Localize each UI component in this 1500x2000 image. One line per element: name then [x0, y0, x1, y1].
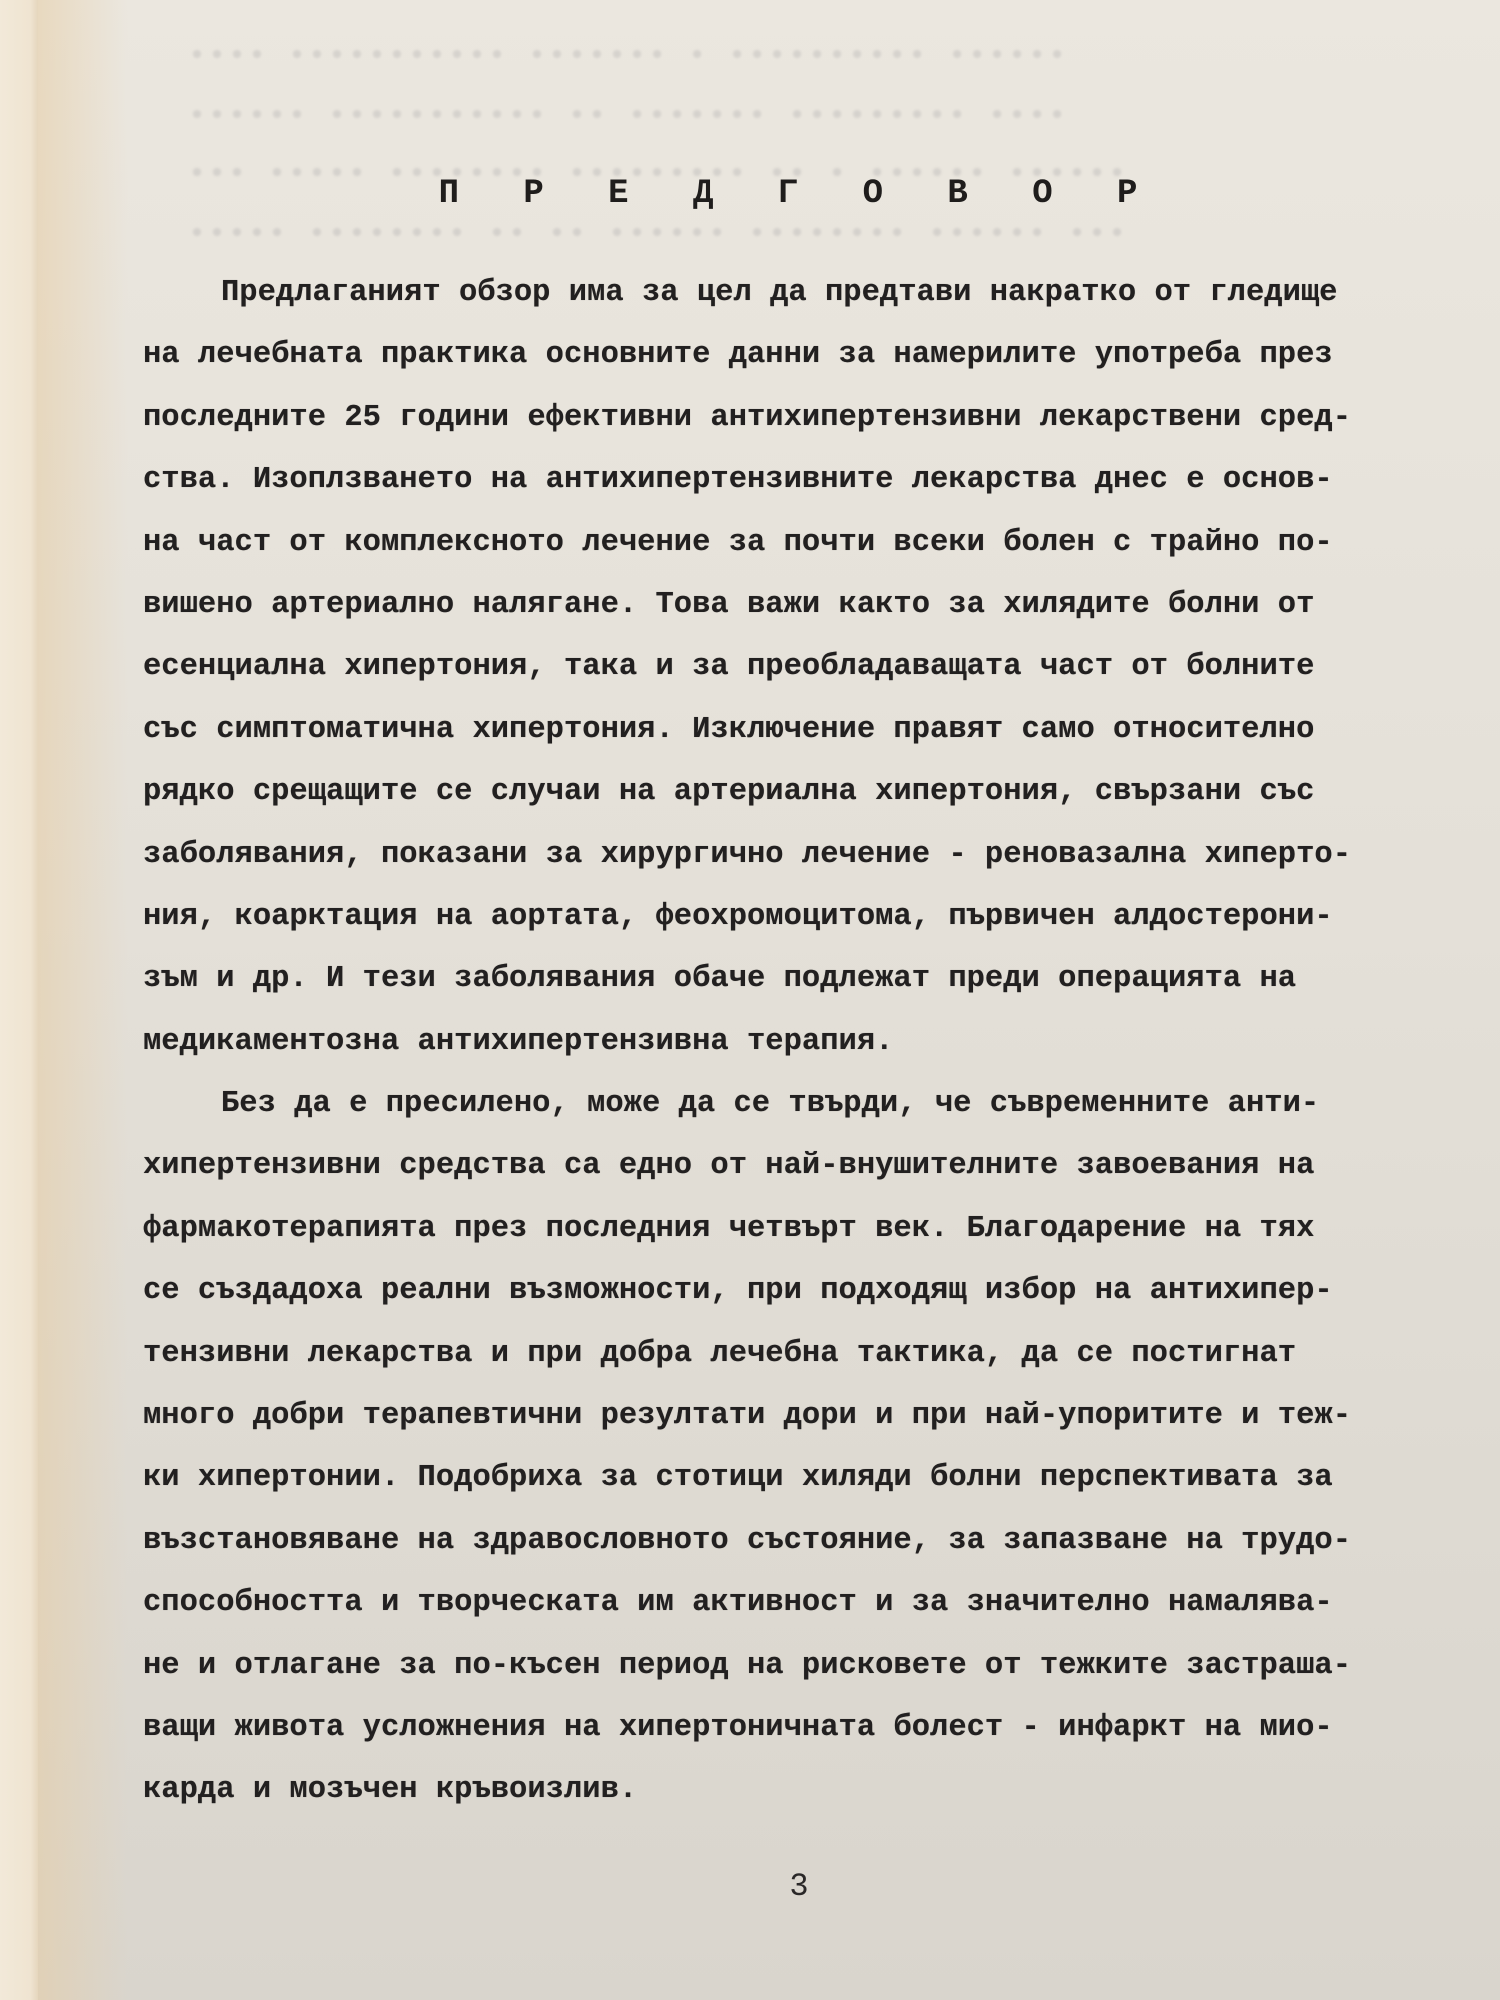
text-line: не и отлагане за по-късен период на риск… — [143, 1635, 1463, 1697]
text-line: последните 25 години ефективни антихипер… — [143, 387, 1463, 449]
bleed-through-text: •••• ••••••••••• ••••••• • •••••••••• ••… — [188, 40, 1438, 74]
text-line: способността и творческата им активност … — [143, 1572, 1463, 1634]
text-line: Без да е пресилено, може да се твърди, ч… — [143, 1073, 1463, 1135]
adjacent-page-edge — [0, 0, 39, 2000]
text-line: Предлаганият обзор има за цел да предтав… — [143, 262, 1463, 324]
text-line: тензивни лекарства и при добра лечебна т… — [143, 1323, 1463, 1385]
text-line: медикаментозна антихипертензивна терапия… — [143, 1011, 1463, 1073]
bleed-through-text: •••••• ••••••••••• •• ••••••• ••••••••• … — [188, 100, 1438, 134]
text-line: много добри терапевтични резултати дори … — [143, 1385, 1463, 1447]
text-line: възстановяване на здравословното състоян… — [143, 1510, 1463, 1572]
text-line: заболявания, показани за хирургично лече… — [143, 824, 1463, 886]
text-line: карда и мозъчен кръвоизлив. — [143, 1759, 1463, 1821]
text-line: ния, коарктация на аортата, феохромоцито… — [143, 886, 1463, 948]
text-line: рядко срещащите се случаи на артериална … — [143, 761, 1463, 823]
page-title: П Р Е Д Г О В О Р — [38, 175, 1500, 213]
text-line: се създадоха реални възможности, при под… — [143, 1260, 1463, 1322]
paragraph-1: Предлаганият обзор има за цел да предтав… — [143, 262, 1463, 1073]
bleed-through-text: ••••• •••••••• •• •• •••••• •••••••• •••… — [188, 218, 1438, 252]
text-line: със симптоматична хипертония. Изключение… — [143, 699, 1463, 761]
text-line: на лечебната практика основните данни за… — [143, 324, 1463, 386]
text-line: ства. Изоплзването на антихипертензивнит… — [143, 449, 1463, 511]
page-number: 3 — [38, 1868, 1500, 1905]
text-line: ващи живота усложнения на хипертоничната… — [143, 1697, 1463, 1759]
text-line: ки хипертонии. Подобриха за стотици хиля… — [143, 1447, 1463, 1509]
text-line: зъм и др. И тези заболявания обаче подле… — [143, 948, 1463, 1010]
text-line: фармакотерапията през последния четвърт … — [143, 1198, 1463, 1260]
text-line: вишено артериално налягане. Това важи ка… — [143, 574, 1463, 636]
text-line: хипертензивни средства са едно от най-вн… — [143, 1135, 1463, 1197]
text-line: есенциална хипертония, така и за преобла… — [143, 636, 1463, 698]
document-page: •••• ••••••••••• ••••••• • •••••••••• ••… — [38, 0, 1500, 2000]
text-line: на част от комплексното лечение за почти… — [143, 512, 1463, 574]
paragraph-2: Без да е пресилено, може да се твърди, ч… — [143, 1073, 1463, 1822]
body-text: Предлаганият обзор има за цел да предтав… — [143, 262, 1463, 1822]
